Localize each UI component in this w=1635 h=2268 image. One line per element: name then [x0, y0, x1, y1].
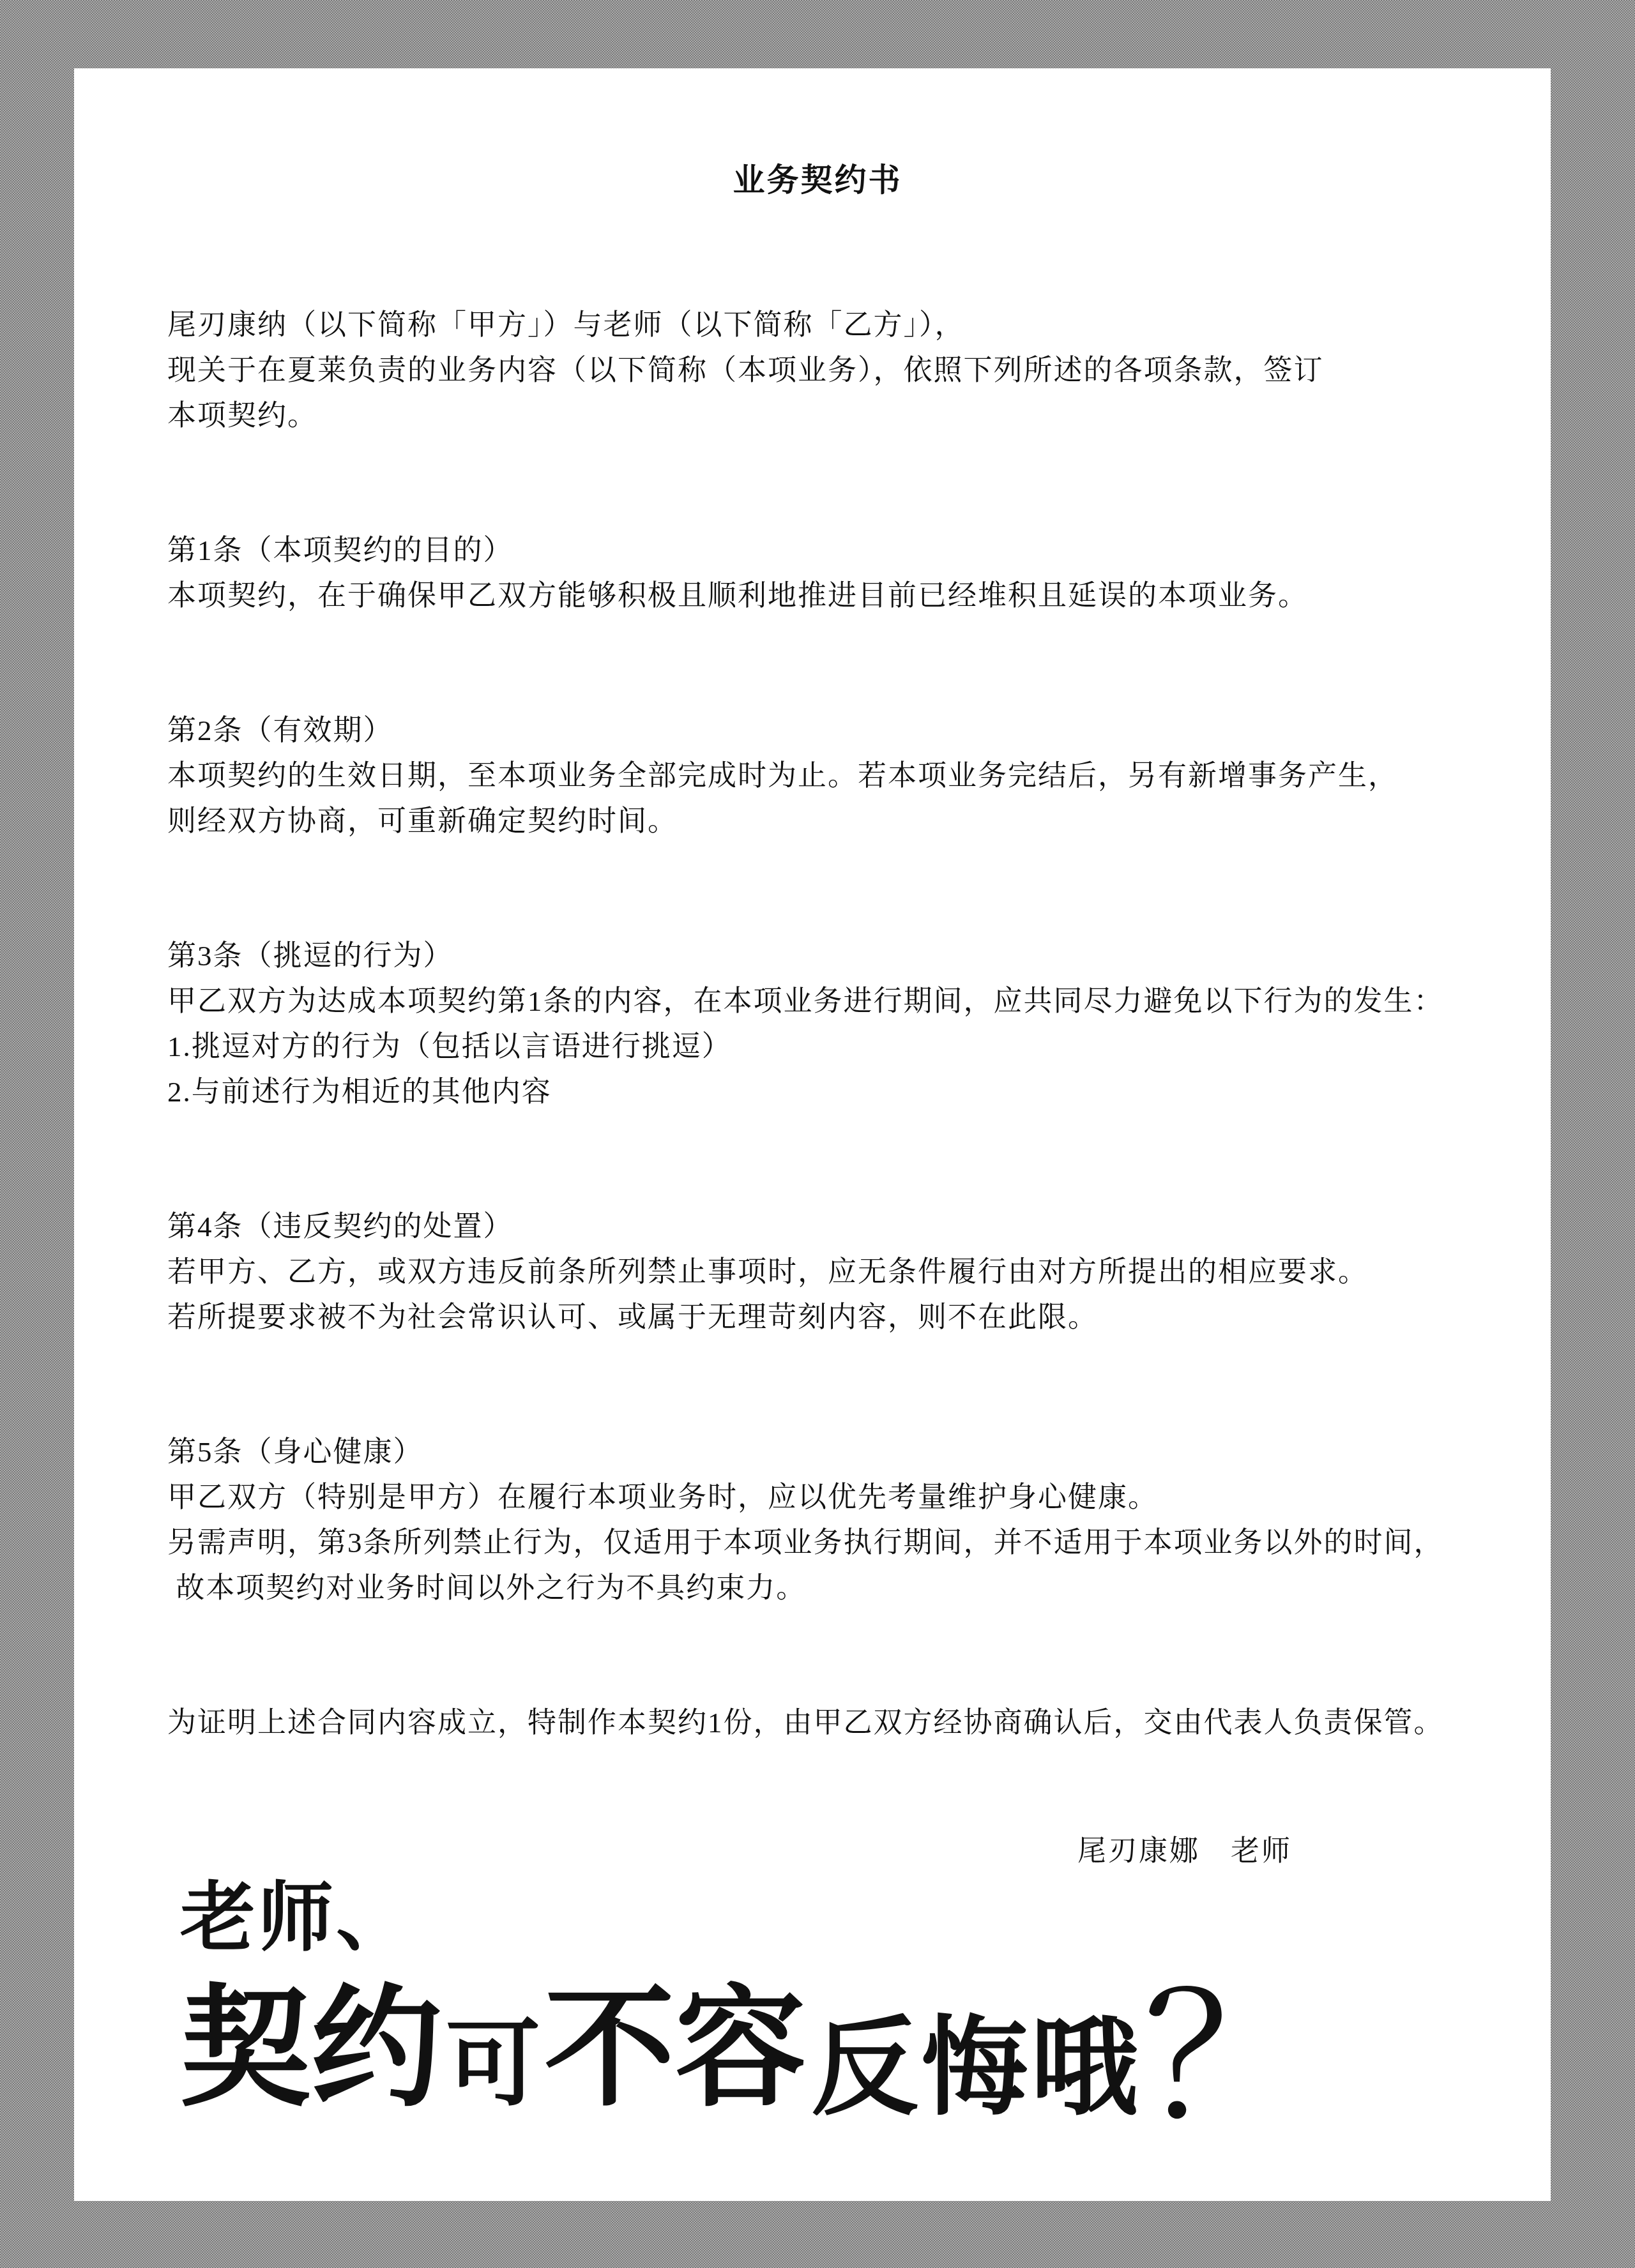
- scanned-contract-page: { "colors": { "paper": "#ffffff", "ink":…: [0, 0, 1635, 2268]
- text-line: 若所提要求被不为社会常识认可、或属于无理苛刻内容，则不在此限。: [167, 1295, 1468, 1340]
- article-3-heading: 第3条（挑逗的行为）: [167, 934, 1468, 979]
- text-line: 另需声明，第3条所列禁止行为，仅适用于本项业务执行期间，并不适用于本项业务以外的…: [167, 1520, 1468, 1566]
- contract-paper: 业务契约书 尾刃康纳（以下简称「甲方」）与老师（以下简称「乙方」），现关于在夏莱…: [74, 68, 1551, 2201]
- article-2: 第2条（有效期） 本项契约的生效日期，至本项业务全部完成时为止。若本项业务完结后…: [167, 708, 1468, 844]
- article-5-body: 甲乙双方（特别是甲方）在履行本项业务时，应以优先考量维护身心健康。另需声明，第3…: [167, 1475, 1468, 1611]
- article-1: 第1条（本项契约的目的） 本项契约，在于确保甲乙双方能够积极且顺利地推进目前已经…: [167, 528, 1468, 619]
- tagline-segment-ke: 可: [446, 2014, 540, 2116]
- signature-line: 尾刃康娜 老师: [167, 1829, 1468, 1874]
- article-4-body: 若甲方、乙方，或双方违反前条所列禁止事项时，应无条件履行由对方所提出的相应要求。…: [167, 1250, 1468, 1340]
- text-line: 故本项契约对业务时间以外之行为不具约束力。: [167, 1566, 1468, 1611]
- closing-statement: 为证明上述合同内容成立，特制作本契约1份，由甲乙双方经协商确认后，交由代表人负责…: [167, 1700, 1468, 1746]
- article-2-body: 本项契约的生效日期，至本项业务全部完成时为止。若本项业务完结后，另有新增事务产生…: [167, 753, 1468, 844]
- text-line: 2.与前述行为相近的其他内容: [167, 1070, 1468, 1115]
- tagline-segment-fanhuio: 反悔哦: [811, 2011, 1141, 2126]
- article-5-heading: 第5条（身心健康）: [167, 1430, 1468, 1475]
- text-line: 本项契约的生效日期，至本项业务全部完成时为止。若本项业务完结后，另有新增事务产生…: [167, 753, 1468, 799]
- tagline-line1: 老师、: [180, 1877, 1468, 1960]
- text-line: 1.挑逗对方的行为（包括以言语进行挑逗）: [167, 1024, 1468, 1070]
- contract-content: 业务契约书 尾刃康纳（以下简称「甲方」）与老师（以下简称「乙方」），现关于在夏莱…: [74, 68, 1551, 2201]
- text-line: 现关于在夏莱负责的业务内容（以下简称（本项业务），依照下列所述的各项条款，签订: [167, 348, 1468, 393]
- article-2-heading: 第2条（有效期）: [167, 708, 1468, 753]
- article-5: 第5条（身心健康） 甲乙双方（特别是甲方）在履行本项业务时，应以优先考量维护身心…: [167, 1430, 1468, 1611]
- article-1-heading: 第1条（本项契约的目的）: [167, 528, 1468, 573]
- text-line: 本项契约。: [167, 393, 1468, 439]
- text-line: 尾刃康纳（以下简称「甲方」）与老师（以下简称「乙方」），: [167, 303, 1468, 348]
- article-3: 第3条（挑逗的行为） 甲乙双方为达成本项契约第1条的内容，在本项业务进行期间，应…: [167, 934, 1468, 1115]
- text-line: 本项契约，在于确保甲乙双方能够积极且顺利地推进目前已经堆积且延误的本项业务。: [167, 573, 1468, 619]
- page-title: 业务契约书: [167, 161, 1468, 199]
- text-line: 甲乙双方为达成本项契约第1条的内容，在本项业务进行期间，应共同尽力避免以下行为的…: [167, 979, 1468, 1024]
- article-4-heading: 第4条（违反契约的处置）: [167, 1204, 1468, 1250]
- tagline-question-mark: ？: [1143, 1979, 1314, 2139]
- tagline-segment-burong: 不容: [544, 1979, 806, 2120]
- tagline-segment-qiyue: 契约: [180, 1979, 442, 2120]
- intro-paragraph: 尾刃康纳（以下简称「甲方」）与老师（以下简称「乙方」），现关于在夏莱负责的业务内…: [167, 303, 1468, 439]
- article-1-body: 本项契约，在于确保甲乙双方能够积极且顺利地推进目前已经堆积且延误的本项业务。: [167, 573, 1468, 619]
- article-4: 第4条（违反契约的处置） 若甲方、乙方，或双方违反前条所列禁止事项时，应无条件履…: [167, 1204, 1468, 1340]
- article-3-body: 甲乙双方为达成本项契约第1条的内容，在本项业务进行期间，应共同尽力避免以下行为的…: [167, 979, 1468, 1115]
- text-line: 甲乙双方（特别是甲方）在履行本项业务时，应以优先考量维护身心健康。: [167, 1475, 1468, 1520]
- tagline-line2: 契约 可 不容 反悔哦 ？: [180, 1960, 1468, 2120]
- text-line: 若甲方、乙方，或双方违反前条所列禁止事项时，应无条件履行由对方所提出的相应要求。: [167, 1250, 1468, 1295]
- text-line: 则经双方协商，可重新确定契约时间。: [167, 799, 1468, 844]
